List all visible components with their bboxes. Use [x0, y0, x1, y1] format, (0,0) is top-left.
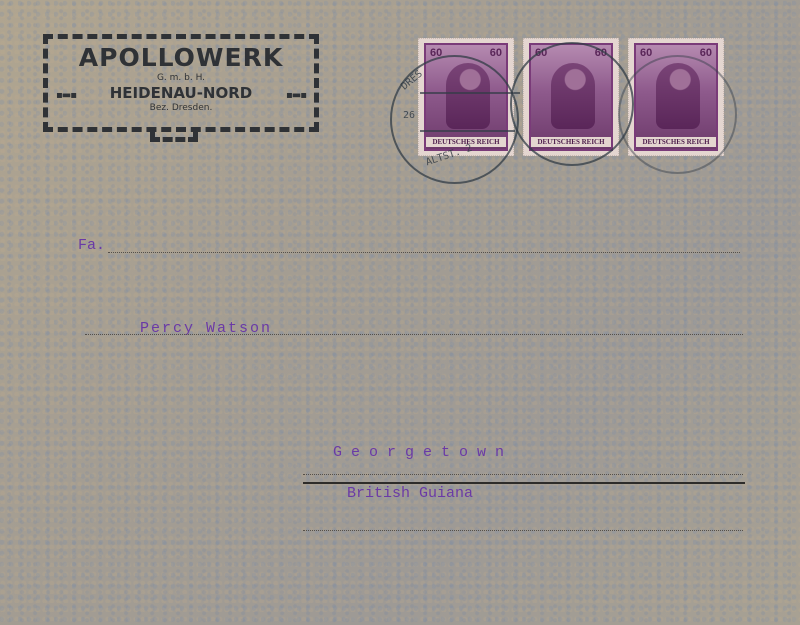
- company-name: APOLLOWERK: [48, 44, 314, 72]
- recipient-city: Georgetown: [333, 444, 513, 461]
- stamp-value: 60: [490, 47, 502, 59]
- envelope: APOLLOWERK G. m. b. H. ▪▬▪ HEIDENAU-NORD…: [0, 0, 800, 625]
- postmark-bar: [420, 130, 515, 132]
- postmark: [510, 42, 634, 166]
- company-city: ▪▬▪ HEIDENAU-NORD ▪▬▪: [48, 84, 314, 102]
- address-line: [85, 334, 743, 335]
- letterhead-notch: [150, 128, 198, 142]
- ornament-icon: ▪▬▪: [286, 87, 306, 105]
- postmark-bar: [420, 92, 520, 94]
- ornament-icon: ▪▬▪: [56, 87, 76, 105]
- address-prefix: Fa.: [78, 237, 105, 254]
- stamp-value: 60: [640, 47, 652, 59]
- address-line: [108, 252, 740, 253]
- district: Bez. Dresden.: [48, 102, 314, 114]
- letterhead: APOLLOWERK G. m. b. H. ▪▬▪ HEIDENAU-NORD…: [43, 34, 319, 132]
- address-line: [303, 530, 743, 531]
- city-text: HEIDENAU-NORD: [110, 84, 253, 102]
- stamp-value: 60: [700, 47, 712, 59]
- postmark: [618, 55, 737, 174]
- city-underline: [303, 482, 745, 484]
- legal-form: G. m. b. H.: [48, 72, 314, 84]
- recipient-country: British Guiana: [347, 485, 473, 502]
- address-line: [303, 474, 743, 475]
- postmark-date: 26: [403, 110, 415, 121]
